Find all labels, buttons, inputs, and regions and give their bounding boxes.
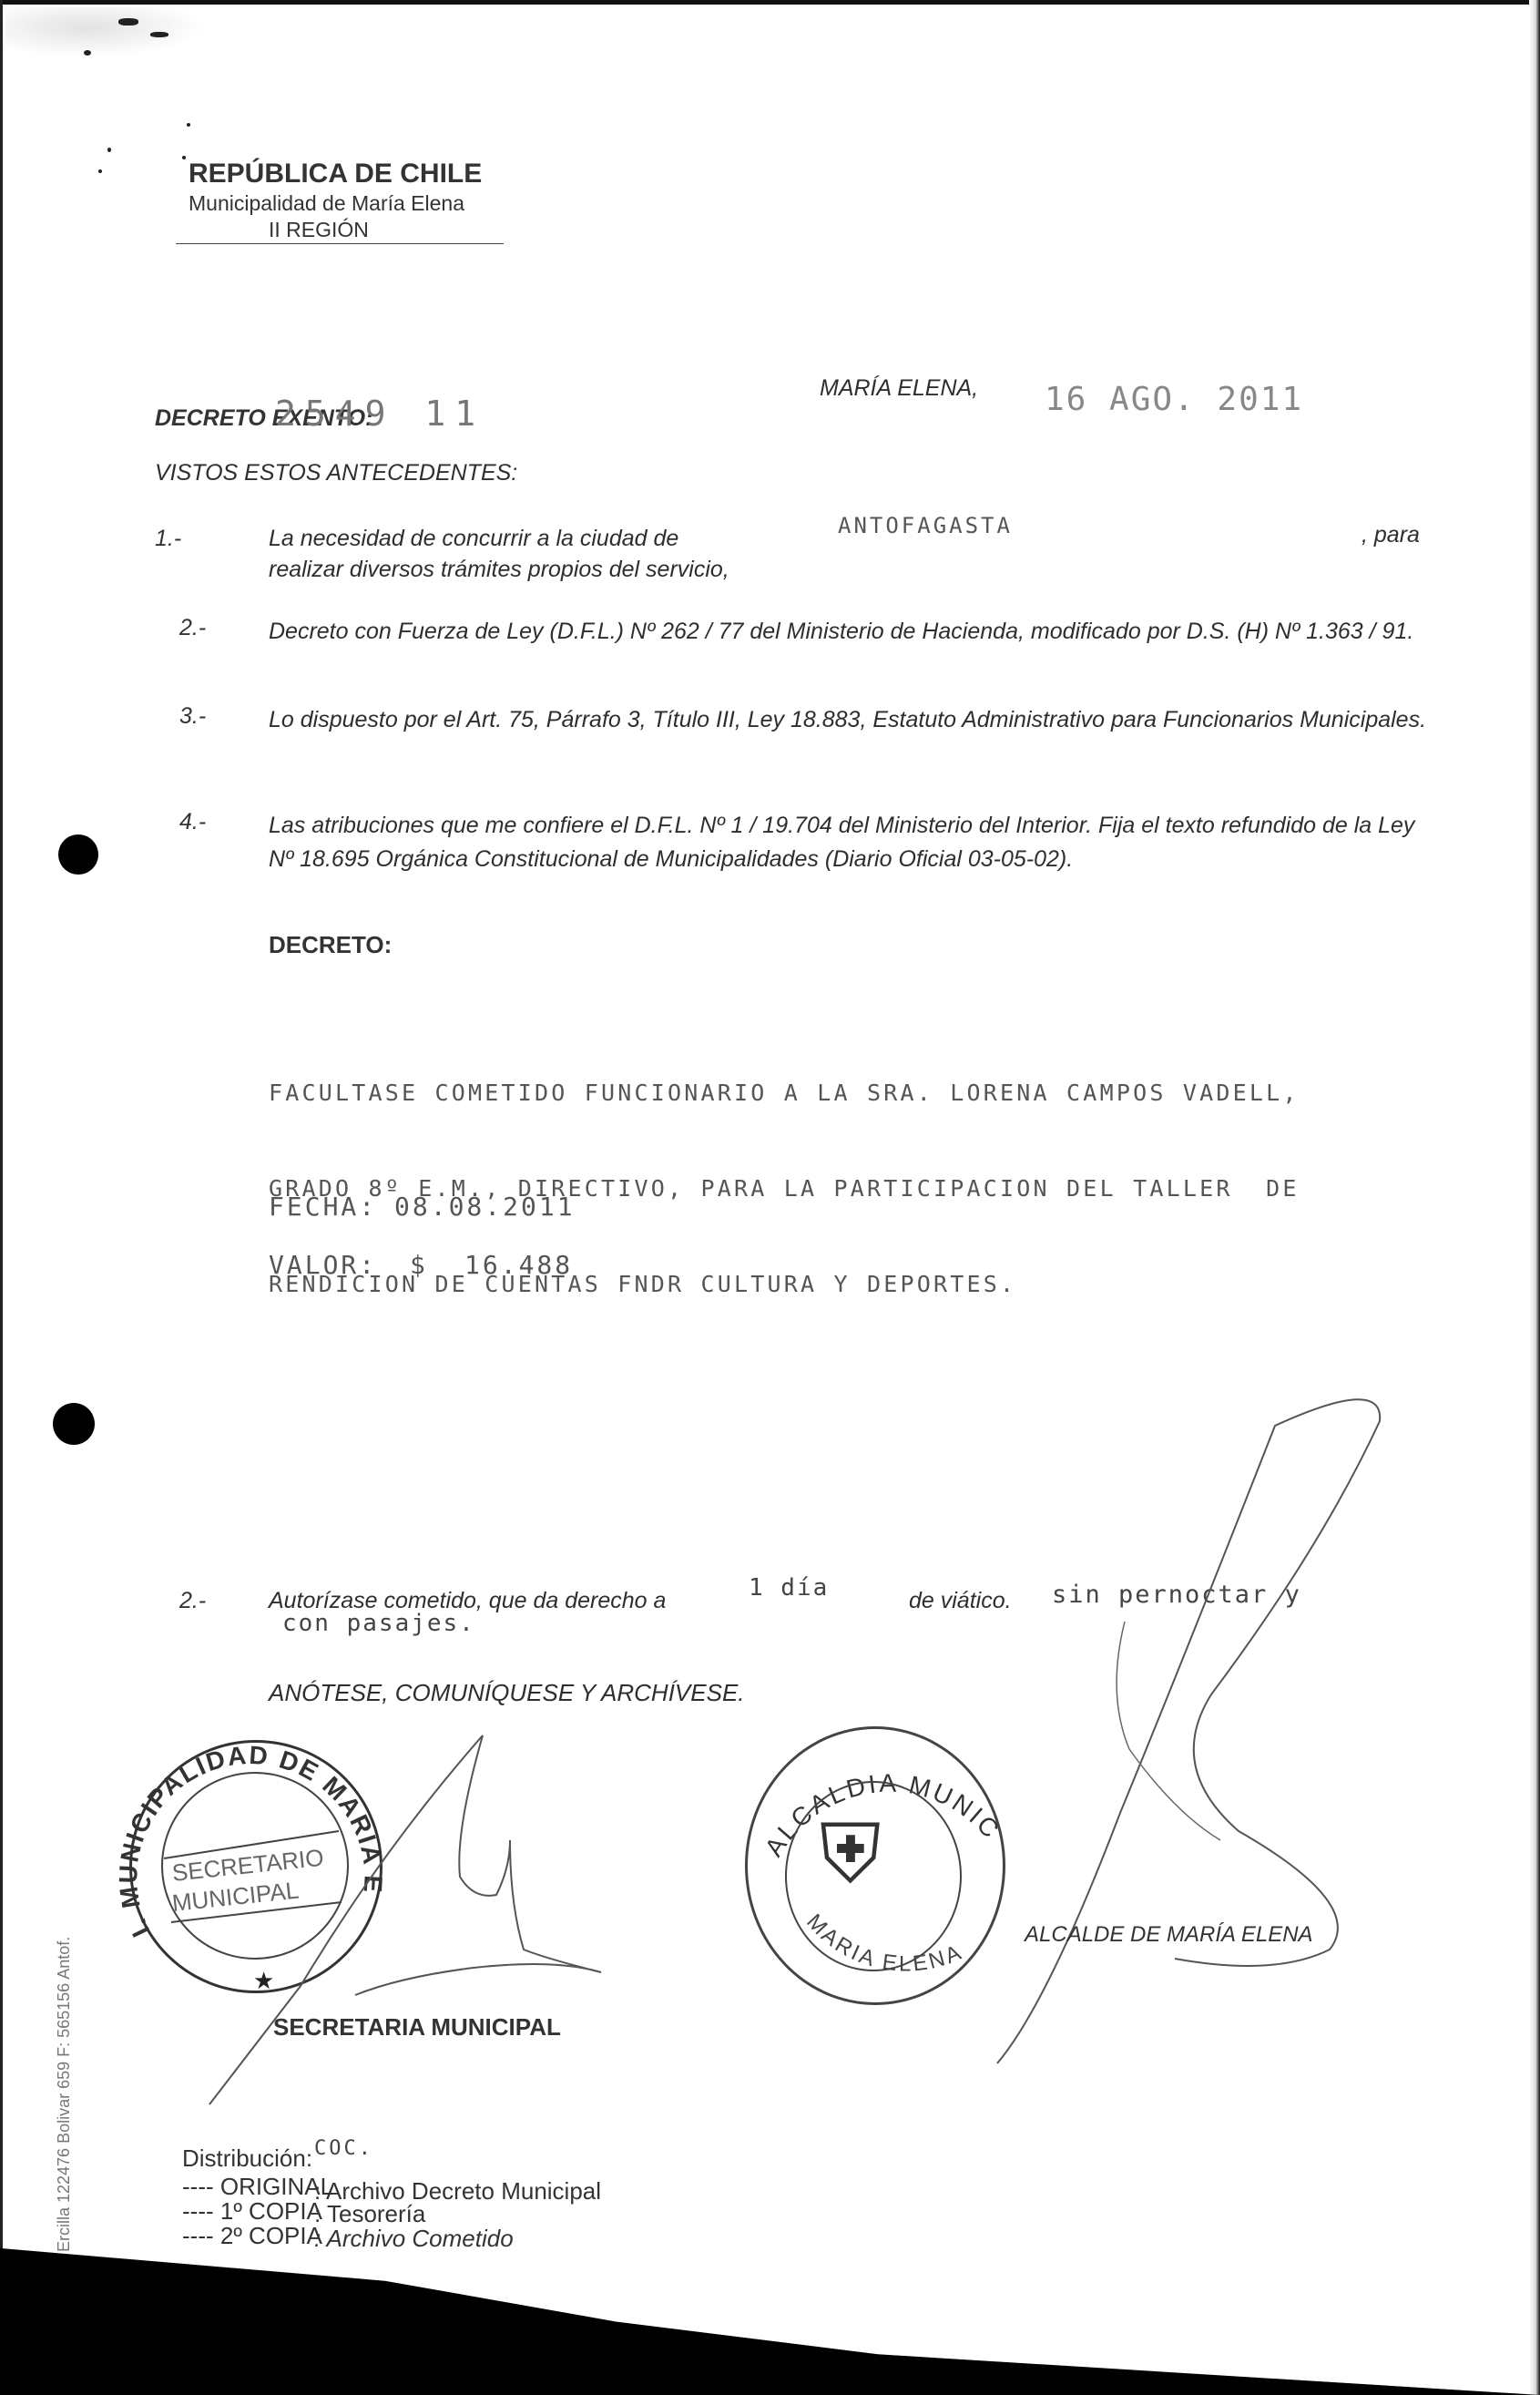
distribution-copy: ---- 2º COPIA — [182, 2222, 322, 2250]
secretary-title: SECRETARIA MUNICIPAL — [273, 2013, 561, 2042]
secretary-seal-center-1: SECRETARIO — [170, 1844, 324, 1887]
mayor-title: ALCALDE DE MARÍA ELENA — [1025, 1922, 1313, 1948]
svg-text:ALCALDIA MUNICIPAL: ALCALDIA MUNICIPAL — [0, 0, 1006, 1861]
svg-text:I. MUNICIPALIDAD DE MARIA ELEN: I. MUNICIPALIDAD DE MARIA ELENA — [0, 0, 388, 1941]
distribution-destination: : Archivo Cometido — [314, 2225, 514, 2253]
distribution-initials: COC. — [314, 2137, 373, 2160]
star-icon: ★ — [253, 1967, 274, 1994]
secretary-seal-ring-text: I. MUNICIPALIDAD DE MARIA ELENA — [0, 0, 388, 1941]
printer-imprint: Ercilla 122476 Bolivar 659 F: 565156 Ant… — [55, 1937, 74, 2252]
coat-of-arms-icon: ⛨ — [820, 1808, 882, 1903]
mayor-signature — [997, 1399, 1380, 2063]
mayor-seal-ring-top: ALCALDIA MUNICIPAL — [0, 0, 1006, 1861]
distribution-label: Distribución: — [182, 2144, 312, 2173]
seal-ring-text-svg: I. MUNICIPALIDAD DE MARIA ELENA ALCALDIA… — [0, 0, 1540, 2395]
secretary-signature — [209, 1735, 601, 2104]
